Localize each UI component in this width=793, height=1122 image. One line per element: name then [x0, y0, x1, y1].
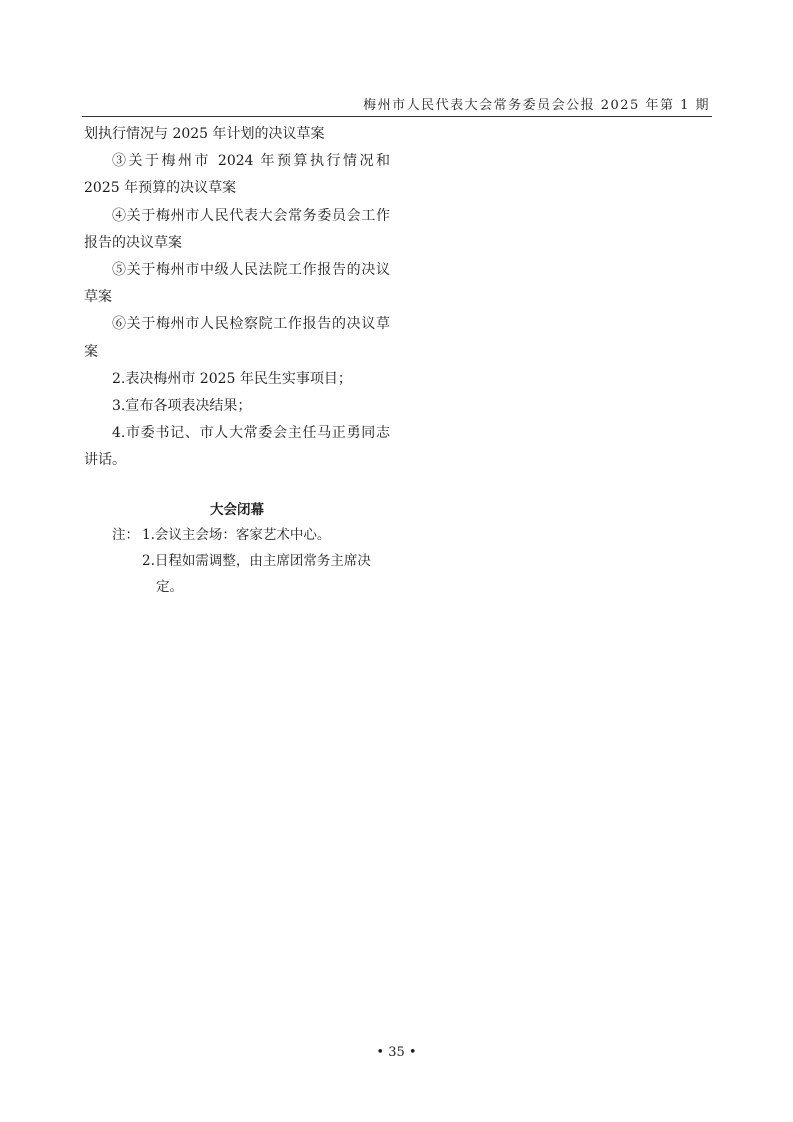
running-header: 梅州市人民代表大会常务委员会公报 2025 年第 1 期	[82, 90, 712, 117]
page-number: • 35 •	[0, 1045, 793, 1060]
paragraph-vote-projects: 2.表决梅州市 2025 年民生实事项目；	[84, 366, 390, 393]
closing-heading: 大会闭幕	[84, 498, 390, 518]
note-row-1: 注： 1.会议主会场：客家艺术中心。	[112, 522, 392, 548]
paragraph-speech: 4.市委书记、市人大常委会主任马正勇同志讲话。	[84, 420, 390, 474]
header-title: 梅州市人民代表大会常务委员会公报 2025 年第 1 期	[363, 94, 710, 113]
note-item-2: 2.日程如需调整，由主席团常务主席决	[112, 548, 392, 574]
paragraph-item-6: ⑥关于梅州市人民检察院工作报告的决议草案	[84, 311, 390, 365]
paragraph-item-4: ④关于梅州市人民代表大会常务委员会工作报告的决议草案	[84, 203, 390, 257]
note-item-2-continuation: 定。	[112, 574, 392, 600]
notes-section: 注： 1.会议主会场：客家艺术中心。 2.日程如需调整，由主席团常务主席决 定。	[112, 522, 392, 600]
body-column: 划执行情况与 2025 年计划的决议草案 ③关于梅州市 2024 年预算执行情况…	[84, 121, 390, 475]
paragraph-item-3: ③关于梅州市 2024 年预算执行情况和 2025 年预算的决议草案	[84, 148, 390, 202]
paragraph-announce-results: 3.宣布各项表决结果；	[84, 393, 390, 420]
paragraph-continuation: 划执行情况与 2025 年计划的决议草案	[84, 121, 390, 148]
note-label: 注：	[112, 522, 142, 548]
paragraph-item-5: ⑤关于梅州市中级人民法院工作报告的决议草案	[84, 257, 390, 311]
note-item-1: 1.会议主会场：客家艺术中心。	[142, 522, 392, 548]
